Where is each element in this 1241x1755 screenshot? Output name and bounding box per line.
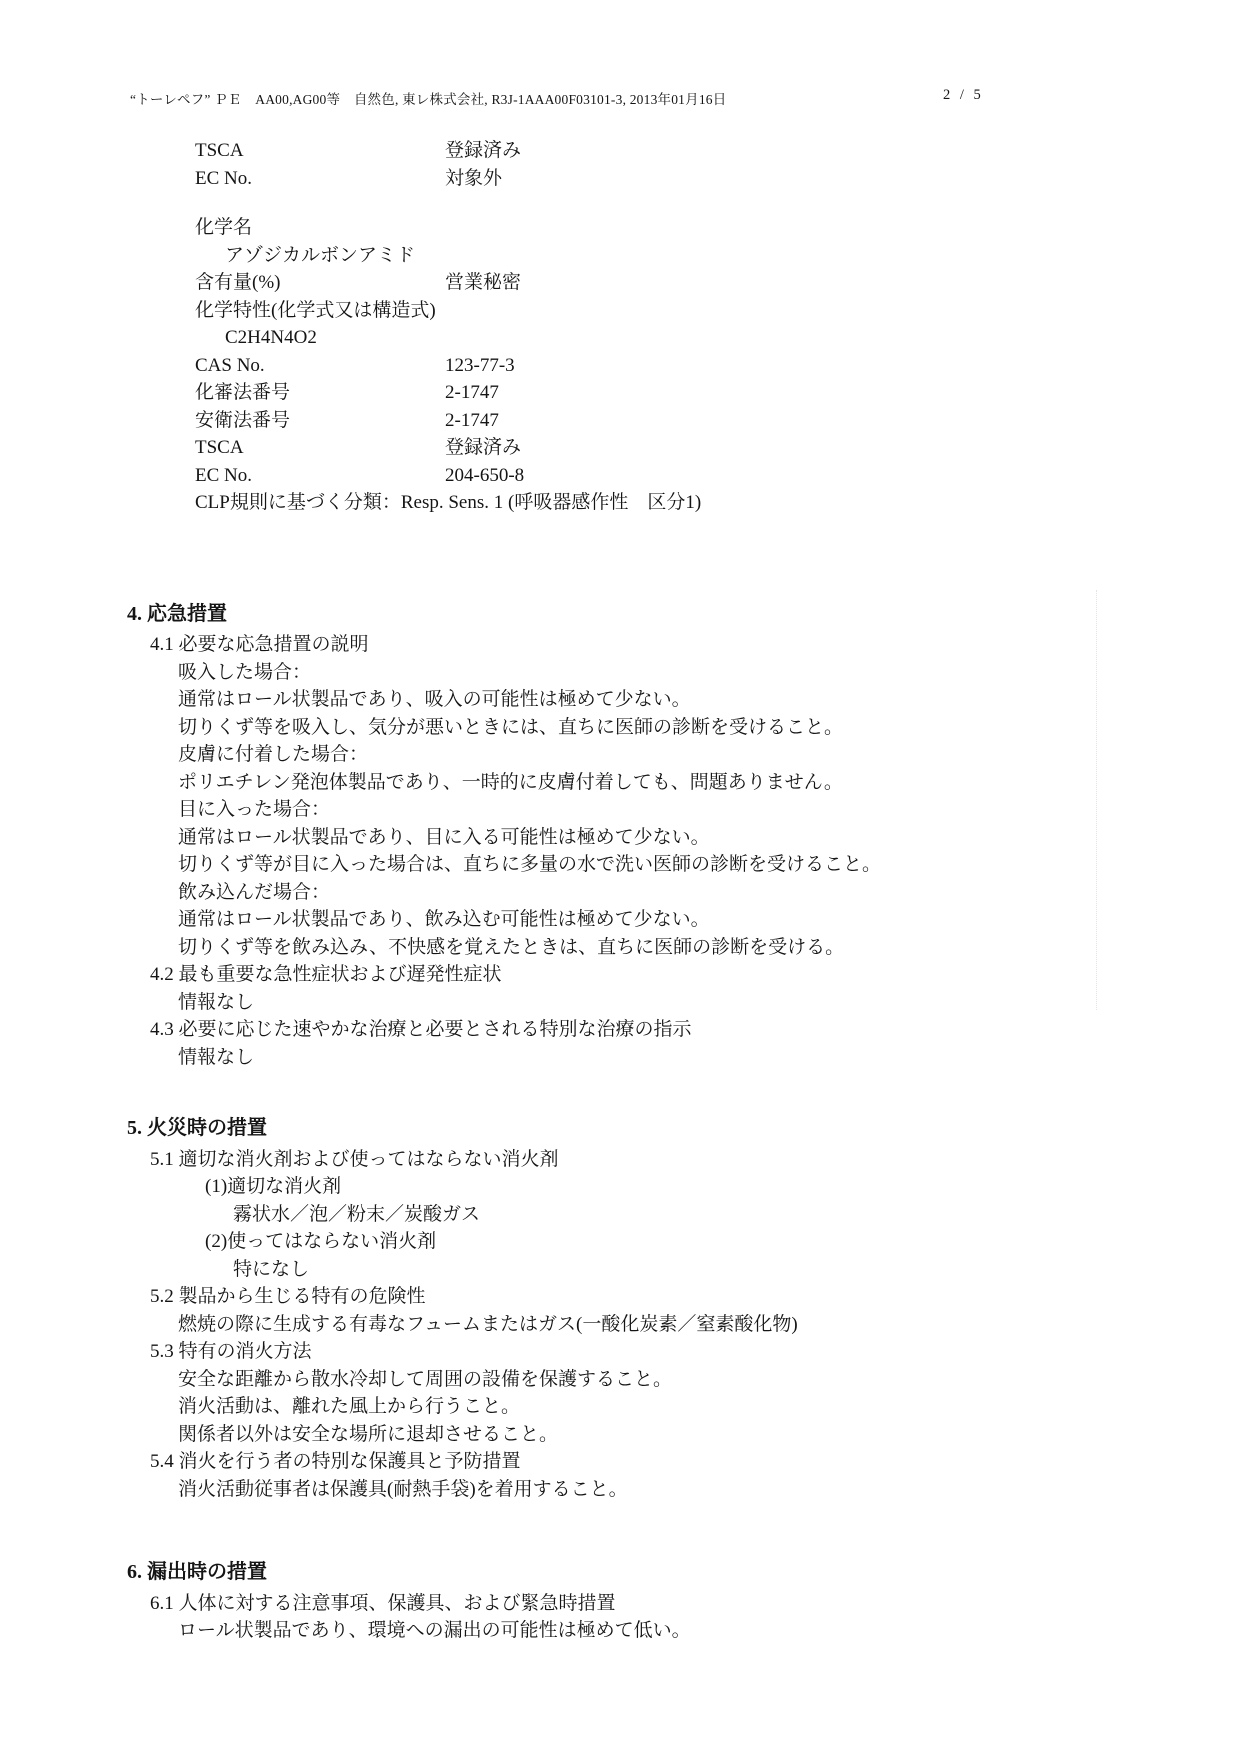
text-line: 6.1 人体に対する注意事項、保護具、および緊急時措置 xyxy=(0,1590,1241,1618)
line-text: アゾジカルボンアミド xyxy=(225,245,415,266)
text-line: 化学特性(化学式又は構造式) xyxy=(0,297,1241,325)
line-text: 化審法番号 xyxy=(195,382,290,403)
document-page: “トーレペフ” ＰＥ AA00,AG00等 自然色, 東レ株式会社, R3J-1… xyxy=(0,0,1241,1755)
line-text: 飲み込んだ場合： xyxy=(178,882,330,903)
line-text: 5. 火災時の措置 xyxy=(127,1117,267,1139)
line-text: 通常はロール状製品であり、飲み込む可能性は極めて少ない。 xyxy=(178,909,710,930)
section-heading: 5. 火災時の措置 xyxy=(0,1115,1241,1143)
text-line: 4.2 最も重要な急性症状および遅発性症状 xyxy=(0,961,1241,989)
line-text: 皮膚に付着した場合： xyxy=(178,744,368,765)
line-text: 通常はロール状製品であり、吸入の可能性は極めて少ない。 xyxy=(178,689,691,710)
line-text: 切りくず等を吸入し、気分が悪いときには、直ちに医師の診断を受けること。 xyxy=(178,717,843,738)
line-text: (2)使ってはならない消火剤 xyxy=(205,1231,436,1252)
line-text: 吸入した場合： xyxy=(178,662,311,683)
text-line: ポリエチレン発泡体製品であり、一時的に皮膚付着しても、問題ありません。 xyxy=(0,769,1241,797)
line-text: 目に入った場合： xyxy=(178,799,330,820)
text-line: 通常はロール状製品であり、飲み込む可能性は極めて少ない。 xyxy=(0,906,1241,934)
line-text: 安衛法番号 xyxy=(195,410,290,431)
text-line: EC No.対象外 xyxy=(0,165,1241,193)
line-text: 5.2 製品から生じる特有の危険性 xyxy=(150,1286,426,1307)
text-line: 吸入した場合： xyxy=(0,659,1241,687)
line-text: 霧状水／泡／粉末／炭酸ガス xyxy=(233,1204,480,1225)
text-line: 含有量(%)営業秘密 xyxy=(0,269,1241,297)
text-line: 特になし xyxy=(0,1256,1241,1284)
text-line: 燃焼の際に生成する有毒なフュームまたはガス(一酸化炭素／窒素酸化物) xyxy=(0,1311,1241,1339)
page-number: 2 / 5 xyxy=(943,87,984,104)
line-text: 5.3 特有の消火方法 xyxy=(150,1341,312,1362)
text-line: 5.2 製品から生じる特有の危険性 xyxy=(0,1283,1241,1311)
line-text: 安全な距離から散水冷却して周囲の設備を保護すること。 xyxy=(178,1369,672,1390)
line-text: 4.3 必要に応じた速やかな治療と必要とされる特別な治療の指示 xyxy=(150,1019,692,1040)
line-text: EC No. xyxy=(195,168,252,189)
line-text: CLP規則に基づく分類：Resp. Sens. 1 (呼吸器感作性 区分1) xyxy=(195,492,701,513)
line-text: CAS No. xyxy=(195,355,265,376)
text-line: 消火活動は、離れた風上から行うこと。 xyxy=(0,1393,1241,1421)
line-value: 123-77-3 xyxy=(445,352,515,380)
line-text: ロール状製品であり、環境への漏出の可能性は極めて低い。 xyxy=(178,1620,691,1641)
text-line: 消火活動従事者は保護具(耐熱手袋)を着用すること。 xyxy=(0,1476,1241,1504)
text-line: アゾジカルボンアミド xyxy=(0,242,1241,270)
text-line: 皮膚に付着した場合： xyxy=(0,741,1241,769)
line-text: 6. 漏出時の措置 xyxy=(127,1561,267,1583)
line-text: TSCA xyxy=(195,140,244,161)
line-text: 5.1 適切な消火剤および使ってはならない消火剤 xyxy=(150,1149,559,1170)
text-line: 情報なし xyxy=(0,989,1241,1017)
text-line: 安衛法番号2-1747 xyxy=(0,407,1241,435)
section-heading: 4. 応急措置 xyxy=(0,601,1241,629)
document-header-title: “トーレペフ” ＰＥ AA00,AG00等 自然色, 東レ株式会社, R3J-1… xyxy=(130,88,726,108)
line-value: 204-650-8 xyxy=(445,462,524,490)
line-value: 2-1747 xyxy=(445,407,499,435)
line-text: 燃焼の際に生成する有毒なフュームまたはガス(一酸化炭素／窒素酸化物) xyxy=(178,1314,798,1335)
line-text: 5.4 消火を行う者の特別な保護具と予防措置 xyxy=(150,1451,521,1472)
text-line: 関係者以外は安全な場所に退却させること。 xyxy=(0,1421,1241,1449)
text-line: 飲み込んだ場合： xyxy=(0,879,1241,907)
line-text: 消火活動従事者は保護具(耐熱手袋)を着用すること。 xyxy=(178,1479,628,1500)
text-line: 切りくず等を飲み込み、不快感を覚えたときは、直ちに医師の診断を受ける。 xyxy=(0,934,1241,962)
text-line: 通常はロール状製品であり、吸入の可能性は極めて少ない。 xyxy=(0,686,1241,714)
text-line: 切りくず等が目に入った場合は、直ちに多量の水で洗い医師の診断を受けること。 xyxy=(0,851,1241,879)
line-text: 切りくず等が目に入った場合は、直ちに多量の水で洗い医師の診断を受けること。 xyxy=(178,854,881,875)
line-text: 含有量(%) xyxy=(195,272,280,293)
text-line: 5.1 適切な消火剤および使ってはならない消火剤 xyxy=(0,1146,1241,1174)
text-line: 化審法番号2-1747 xyxy=(0,379,1241,407)
line-text: 関係者以外は安全な場所に退却させること。 xyxy=(178,1424,558,1445)
text-line: 切りくず等を吸入し、気分が悪いときには、直ちに医師の診断を受けること。 xyxy=(0,714,1241,742)
text-line: CAS No.123-77-3 xyxy=(0,352,1241,380)
text-line: C2H4N4O2 xyxy=(0,324,1241,352)
text-line: 5.4 消火を行う者の特別な保護具と予防措置 xyxy=(0,1448,1241,1476)
line-text: 4.2 最も重要な急性症状および遅発性症状 xyxy=(150,964,502,985)
line-text: C2H4N4O2 xyxy=(225,327,317,348)
text-line: (2)使ってはならない消火剤 xyxy=(0,1228,1241,1256)
line-text: 消火活動は、離れた風上から行うこと。 xyxy=(178,1396,520,1417)
text-line: 4.3 必要に応じた速やかな治療と必要とされる特別な治療の指示 xyxy=(0,1016,1241,1044)
line-text: TSCA xyxy=(195,437,244,458)
text-line: 5.3 特有の消火方法 xyxy=(0,1338,1241,1366)
text-line: (1)適切な消火剤 xyxy=(0,1173,1241,1201)
line-value: 登録済み xyxy=(445,137,521,165)
line-value: 営業秘密 xyxy=(445,269,521,297)
text-line: 4.1 必要な応急措置の説明 xyxy=(0,631,1241,659)
line-text: 4.1 必要な応急措置の説明 xyxy=(150,634,369,655)
text-line: 安全な距離から散水冷却して周囲の設備を保護すること。 xyxy=(0,1366,1241,1394)
line-text: 化学特性(化学式又は構造式) xyxy=(195,300,436,321)
text-line: 情報なし xyxy=(0,1044,1241,1072)
line-text: 化学名 xyxy=(195,217,252,238)
scan-artifact-dotted-line xyxy=(1096,590,1097,1010)
text-line: EC No.204-650-8 xyxy=(0,462,1241,490)
line-text: 通常はロール状製品であり、目に入る可能性は極めて少ない。 xyxy=(178,827,710,848)
line-text: 情報なし xyxy=(178,992,254,1013)
text-line: 化学名 xyxy=(0,214,1241,242)
text-line: 霧状水／泡／粉末／炭酸ガス xyxy=(0,1201,1241,1229)
line-text: 情報なし xyxy=(178,1047,254,1068)
line-text: 切りくず等を飲み込み、不快感を覚えたときは、直ちに医師の診断を受ける。 xyxy=(178,937,844,958)
line-text: 4. 応急措置 xyxy=(127,603,227,625)
document-body: TSCA登録済みEC No.対象外化学名アゾジカルボンアミド含有量(%)営業秘密… xyxy=(0,137,1241,1645)
line-value: 対象外 xyxy=(445,165,502,193)
section-heading: 6. 漏出時の措置 xyxy=(0,1559,1241,1587)
line-text: EC No. xyxy=(195,465,252,486)
line-text: ポリエチレン発泡体製品であり、一時的に皮膚付着しても、問題ありません。 xyxy=(178,772,843,793)
text-line: ロール状製品であり、環境への漏出の可能性は極めて低い。 xyxy=(0,1617,1241,1645)
line-text: (1)適切な消火剤 xyxy=(205,1176,341,1197)
line-value: 2-1747 xyxy=(445,379,499,407)
text-line: CLP規則に基づく分類：Resp. Sens. 1 (呼吸器感作性 区分1) xyxy=(0,489,1241,517)
line-text: 6.1 人体に対する注意事項、保護具、および緊急時措置 xyxy=(150,1593,616,1614)
text-line: TSCA登録済み xyxy=(0,137,1241,165)
text-line: TSCA登録済み xyxy=(0,434,1241,462)
line-text: 特になし xyxy=(233,1259,309,1280)
text-line: 目に入った場合： xyxy=(0,796,1241,824)
text-line: 通常はロール状製品であり、目に入る可能性は極めて少ない。 xyxy=(0,824,1241,852)
line-value: 登録済み xyxy=(445,434,521,462)
